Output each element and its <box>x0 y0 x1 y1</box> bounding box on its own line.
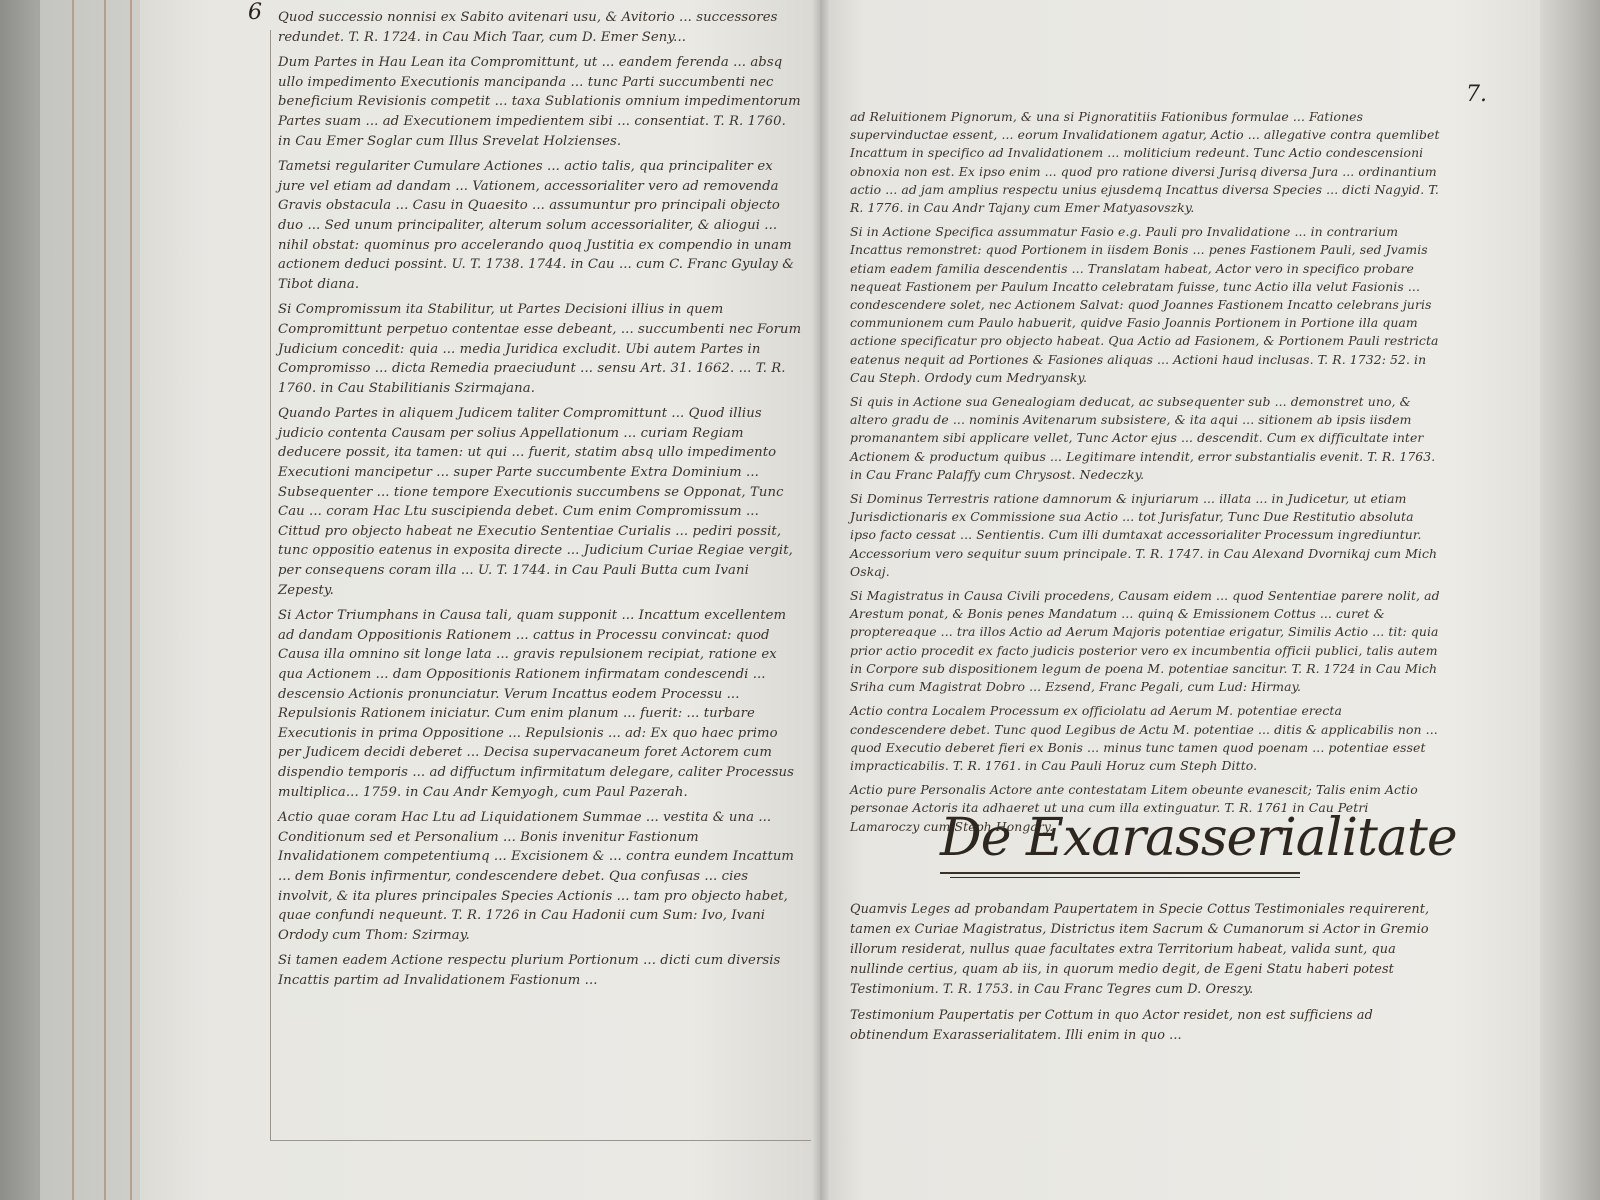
paragraph: Testimonium Paupertatis per Cottum in qu… <box>850 1006 1440 1046</box>
page-stack-edge <box>1540 0 1600 1200</box>
right-page-text-after-heading: Quamvis Leges ad probandam Paupertatem i… <box>850 900 1440 1052</box>
page-edge-line <box>104 0 106 1200</box>
paragraph: Quod successio nonnisi ex Sabito avitena… <box>278 8 803 47</box>
paragraph: Si quis in Actione sua Genealogiam deduc… <box>850 393 1440 484</box>
section-heading: De Exarasserialitate <box>940 808 1457 868</box>
book-gutter <box>812 0 830 1200</box>
paragraph: Dum Partes in Hau Lean ita Compromittunt… <box>278 53 803 151</box>
paragraph: Si Compromissum ita Stabilitur, ut Parte… <box>278 300 803 398</box>
page-edge-line <box>72 0 74 1200</box>
page-edge-line <box>130 0 132 1200</box>
left-page-text: Quod successio nonnisi ex Sabito avitena… <box>278 8 803 997</box>
paragraph: Si tamen eadem Actione respectu plurium … <box>278 951 803 990</box>
paragraph: Si Dominus Terrestris ratione damnorum &… <box>850 490 1440 581</box>
page-number-left: 6 <box>248 0 262 25</box>
paragraph: Si in Actione Specifica assummatur Fasio… <box>850 223 1440 387</box>
paragraph: Quamvis Leges ad probandam Paupertatem i… <box>850 900 1440 1000</box>
paragraph: Actio contra Localem Processum ex offici… <box>850 702 1440 775</box>
paragraph: ad Reluitionem Pignorum, & una si Pignor… <box>850 108 1440 217</box>
paragraph: Quando Partes in aliquem Judicem taliter… <box>278 404 803 600</box>
paragraph: Si Magistratus in Causa Civili procedens… <box>850 587 1440 696</box>
heading-underline <box>950 877 1300 878</box>
paragraph: Si Actor Triumphans in Causa tali, quam … <box>278 606 803 802</box>
page-number-right: 7. <box>1466 82 1487 107</box>
right-page-text: ad Reluitionem Pignorum, & una si Pignor… <box>850 108 1440 842</box>
heading-underline <box>940 872 1300 874</box>
paragraph: Tametsi regulariter Cumulare Actiones ..… <box>278 157 803 294</box>
paragraph: Actio quae coram Hac Ltu ad Liquidatione… <box>278 808 803 945</box>
